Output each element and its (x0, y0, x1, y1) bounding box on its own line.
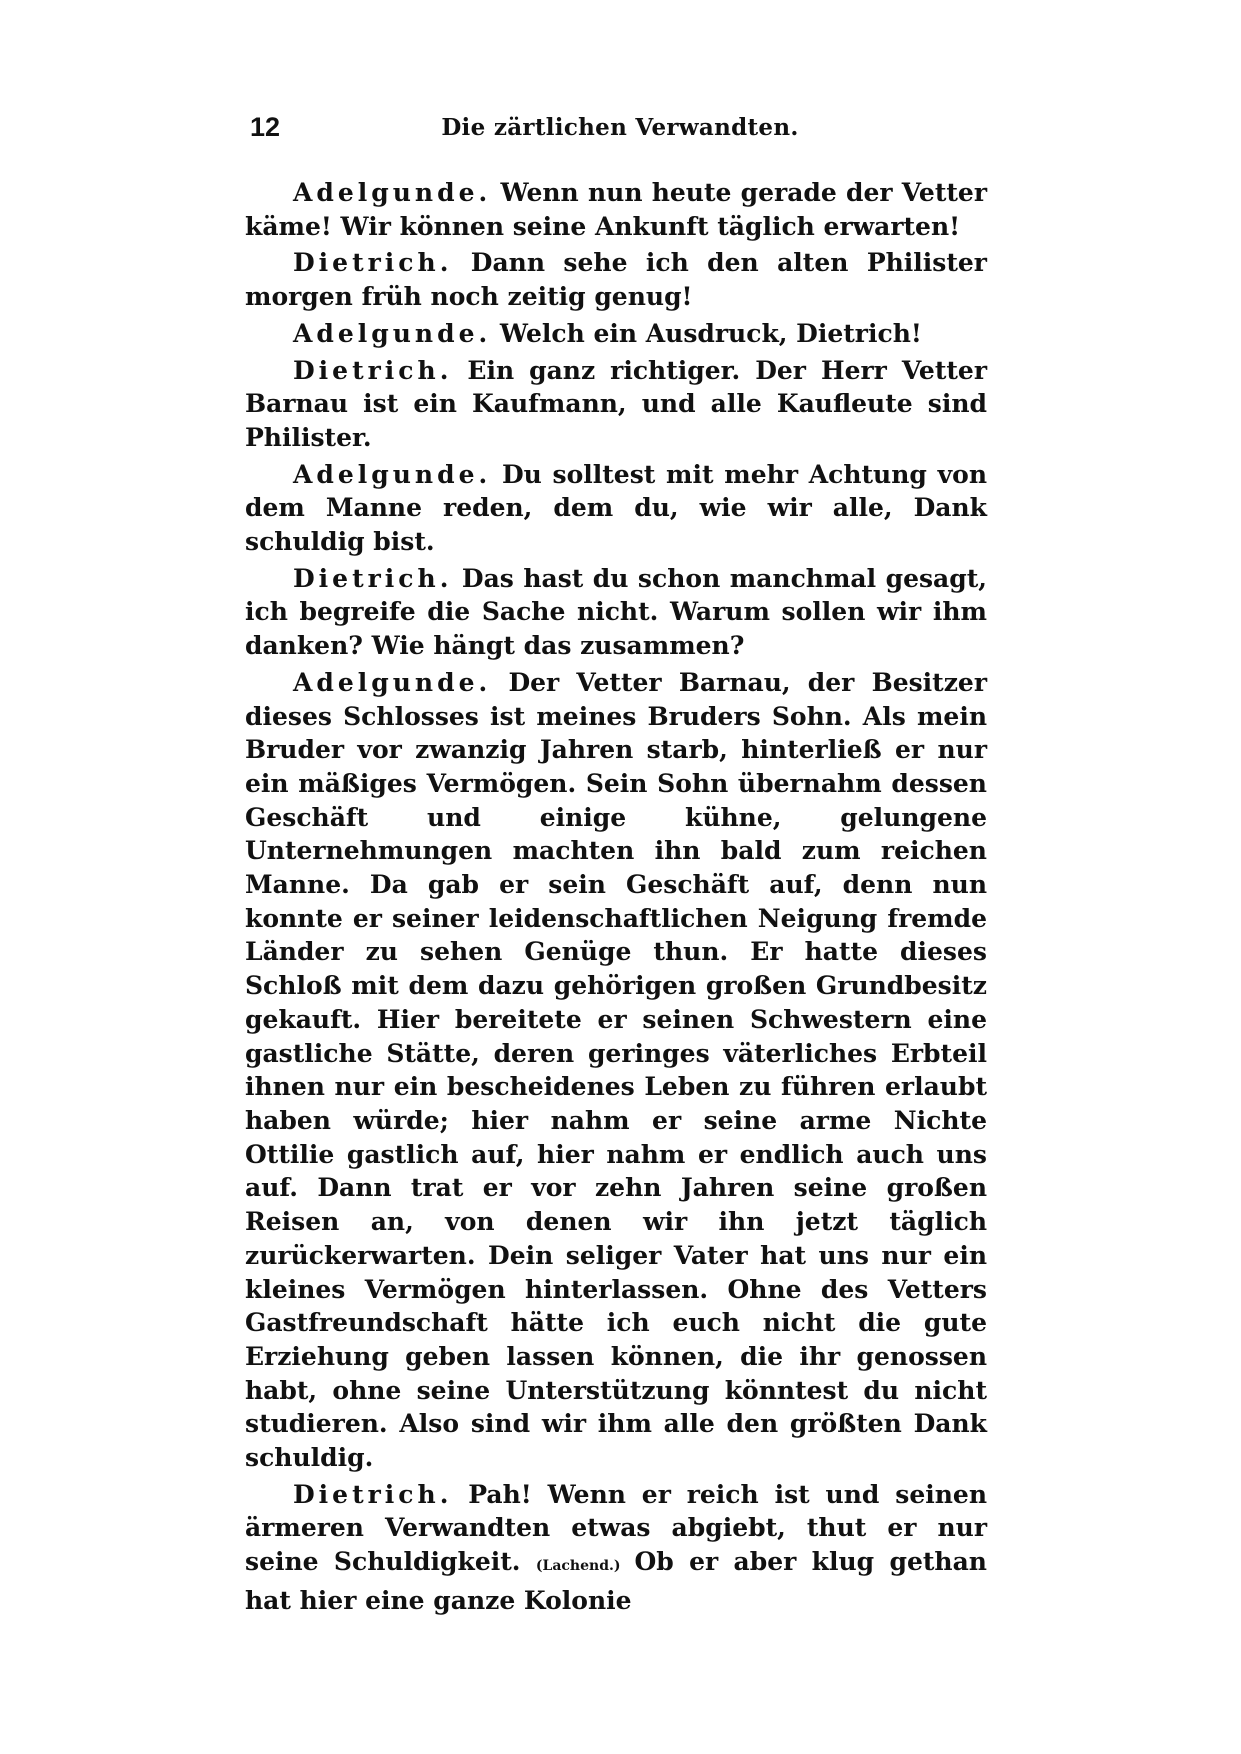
speaker-name: Adelgunde. (293, 668, 491, 697)
dialogue-paragraph: Dietrich. Das hast du schon manchmal ges… (245, 562, 987, 663)
running-title: Die zärtlichen Verwandten. (250, 114, 990, 141)
speaker-name: Dietrich. (293, 248, 452, 277)
dialogue-paragraph: Dietrich. Dann sehe ich den alten Philis… (245, 246, 987, 313)
dialogue-paragraph: Dietrich. Ein ganz richtiger. Der Herr V… (245, 354, 987, 455)
dialogue-paragraph: Adelgunde. Du solltest mit mehr Achtung … (245, 458, 987, 559)
speaker-name: Dietrich. (293, 1480, 452, 1509)
speaker-name: Dietrich. (293, 356, 452, 385)
speaker-name: Adelgunde. (293, 319, 491, 348)
stage-direction: (Lachend.) (536, 1558, 621, 1574)
book-page: 12 Die zärtlichen Verwandten. Adelgunde.… (0, 0, 1241, 1754)
dialogue-text: Adelgunde. Wenn nun heute gerade der Vet… (245, 176, 987, 1621)
speaker-name: Adelgunde. (293, 178, 491, 207)
speech-text: Welch ein Ausdruck, Dietrich! (500, 319, 922, 348)
page-header: 12 Die zärtlichen Verwandten. (250, 112, 990, 152)
dialogue-paragraph: Dietrich. Pah! Wenn er reich ist und sei… (245, 1478, 987, 1618)
dialogue-paragraph: Adelgunde. Welch ein Ausdruck, Dietrich! (245, 317, 987, 351)
speech-text: Der Vetter Barnau, der Besitzer dieses S… (245, 668, 987, 1472)
speaker-name: Adelgunde. (293, 460, 491, 489)
dialogue-paragraph: Adelgunde. Der Vetter Barnau, der Besitz… (245, 666, 987, 1475)
speaker-name: Dietrich. (293, 564, 452, 593)
dialogue-paragraph: Adelgunde. Wenn nun heute gerade der Vet… (245, 176, 987, 243)
